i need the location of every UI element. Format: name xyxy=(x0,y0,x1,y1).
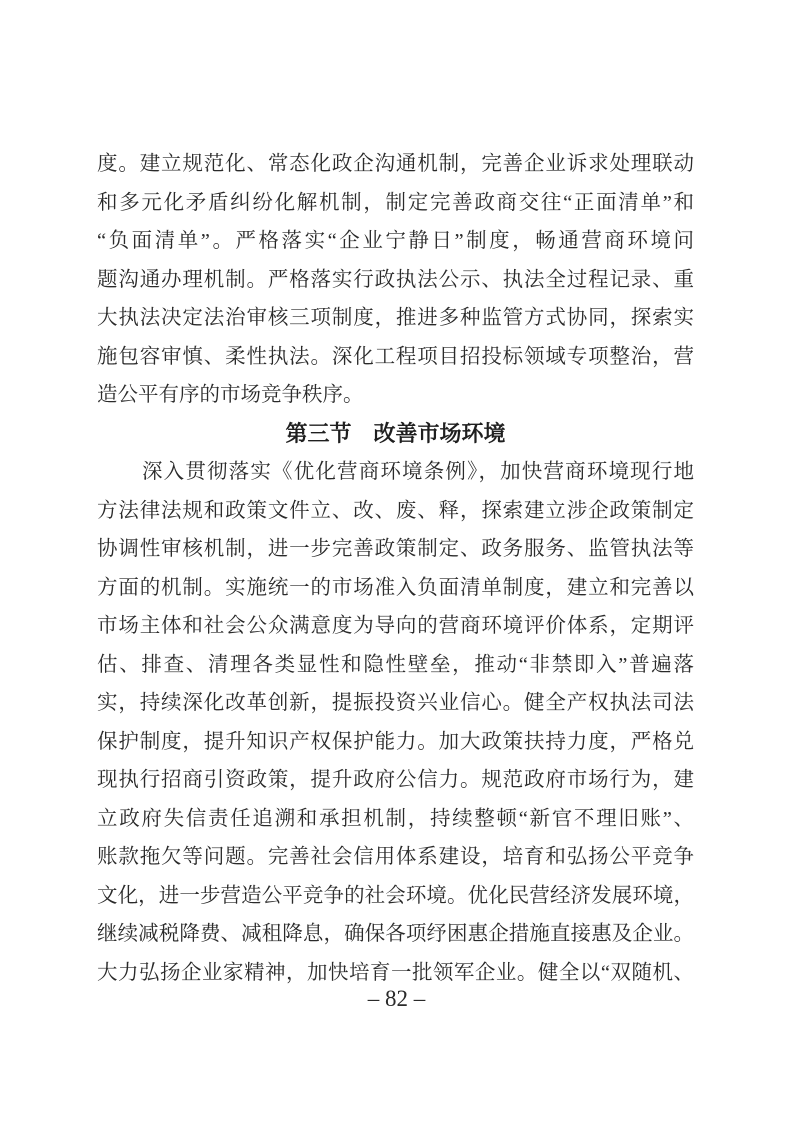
page-number: – 82 – xyxy=(0,986,793,1012)
body-text-line: 继续减税降费、减租降息，确保各项纾困惠企措施直接惠及企业。 xyxy=(97,915,694,954)
body-text-line: 文化，进一步营造公平竞争的社会环境。优化民营经济发展环境， xyxy=(97,877,694,916)
body-text-line: “负面清单”。严格落实“企业宁静日”制度，畅通营商环境问 xyxy=(97,222,694,261)
body-text-line: 保护制度，提升知识产权保护能力。加大政策扶持力度，严格兑 xyxy=(97,723,694,762)
section-heading: 第三节 改善市场环境 xyxy=(97,415,694,454)
body-text-line: 现执行招商引资政策，提升政府公信力。规范政府市场行为，建 xyxy=(97,761,694,800)
body-text-line: 估、排查、清理各类显性和隐性壁垒，推动“非禁即入”普遍落 xyxy=(97,646,694,685)
body-text-line: 度。建立规范化、常态化政企沟通机制，完善企业诉求处理联动 xyxy=(97,145,694,184)
body-text-line: 施包容审慎、柔性执法。深化工程项目招投标领域专项整治，营 xyxy=(97,338,694,377)
body-text-line: 深入贯彻落实《优化营商环境条例》，加快营商环境现行地 xyxy=(97,453,694,492)
body-text-line: 实，持续深化改革创新，提振投资兴业信心。健全产权执法司法 xyxy=(97,684,694,723)
body-text-line: 方法律法规和政策文件立、改、废、释，探索建立涉企政策制定 xyxy=(97,492,694,531)
document-body: 度。建立规范化、常态化政企沟通机制，完善企业诉求处理联动 和多元化矛盾纠纷化解机… xyxy=(97,145,694,992)
body-text-line: 市场主体和社会公众满意度为导向的营商环境评价体系，定期评 xyxy=(97,607,694,646)
body-text-line: 立政府失信责任追溯和承担机制，持续整顿“新官不理旧账”、 xyxy=(97,800,694,839)
body-text-line: 造公平有序的市场竞争秩序。 xyxy=(97,376,694,415)
body-text-line: 题沟通办理机制。严格落实行政执法公示、执法全过程记录、重 xyxy=(97,261,694,300)
body-text-line: 协调性审核机制，进一步完善政策制定、政务服务、监管执法等 xyxy=(97,530,694,569)
document-page: 度。建立规范化、常态化政企沟通机制，完善企业诉求处理联动 和多元化矛盾纠纷化解机… xyxy=(0,0,793,1122)
body-text-line: 大执法决定法治审核三项制度，推进多种监管方式协同，探索实 xyxy=(97,299,694,338)
body-text-line: 和多元化矛盾纠纷化解机制，制定完善政商交往“正面清单”和 xyxy=(97,184,694,223)
body-text-line: 账款拖欠等问题。完善社会信用体系建设，培育和弘扬公平竞争 xyxy=(97,838,694,877)
body-text-line: 方面的机制。实施统一的市场准入负面清单制度，建立和完善以 xyxy=(97,569,694,608)
